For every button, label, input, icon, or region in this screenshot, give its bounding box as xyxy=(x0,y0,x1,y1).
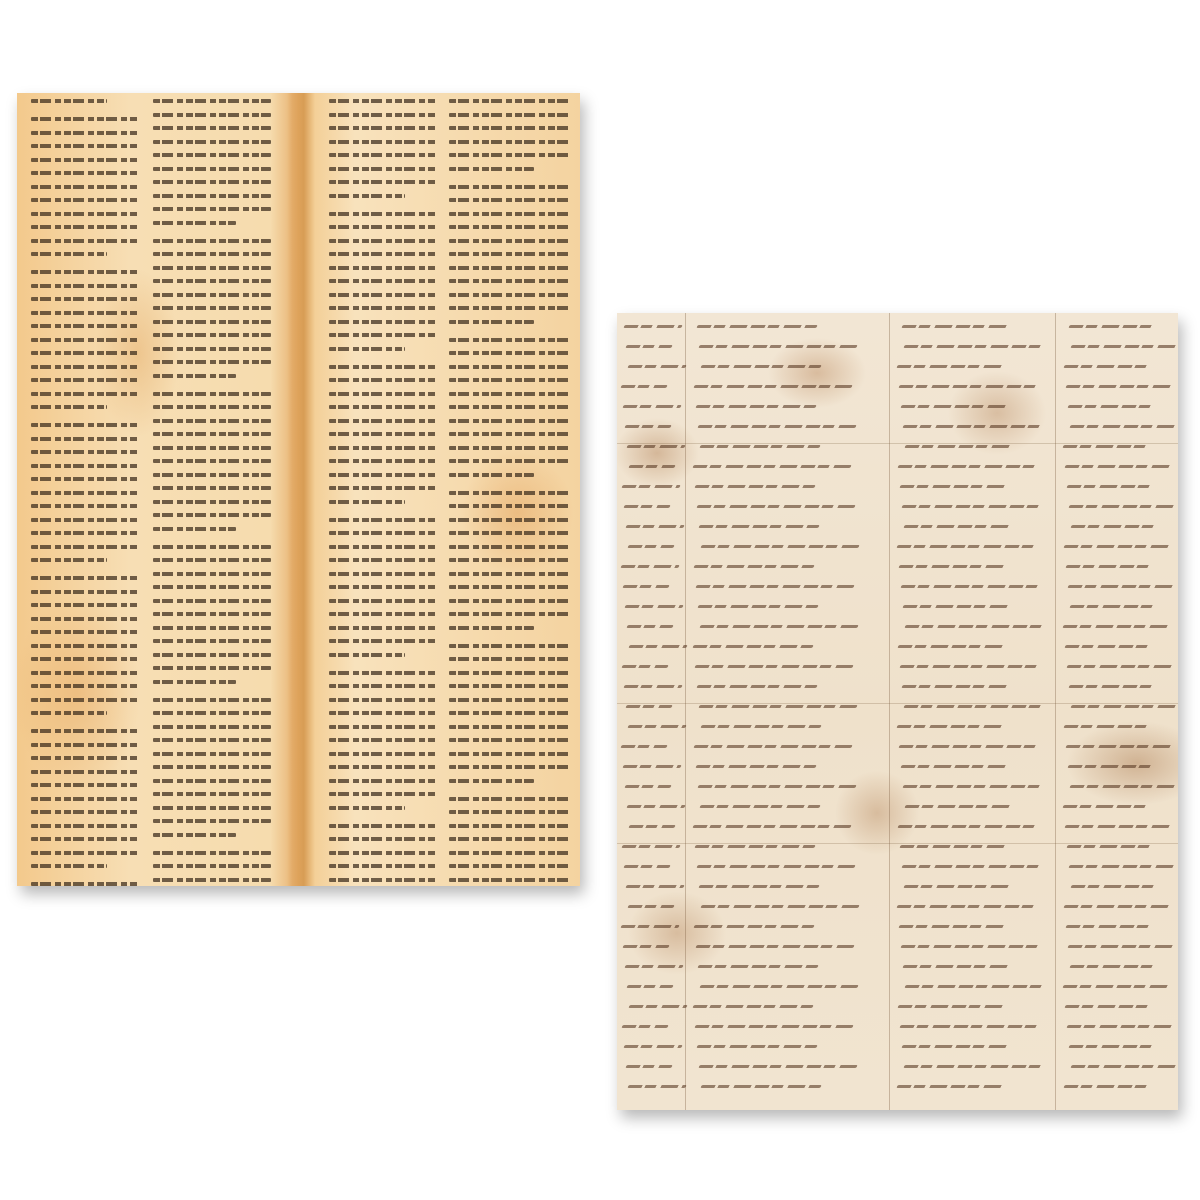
handwritten-paper-sheet xyxy=(617,313,1178,1110)
text-column xyxy=(31,99,139,880)
text-column xyxy=(153,99,271,880)
paper-fold-crease xyxy=(287,93,315,886)
newspaper-paper-sheet xyxy=(17,93,580,886)
text-column xyxy=(449,99,571,880)
text-column xyxy=(329,99,437,880)
